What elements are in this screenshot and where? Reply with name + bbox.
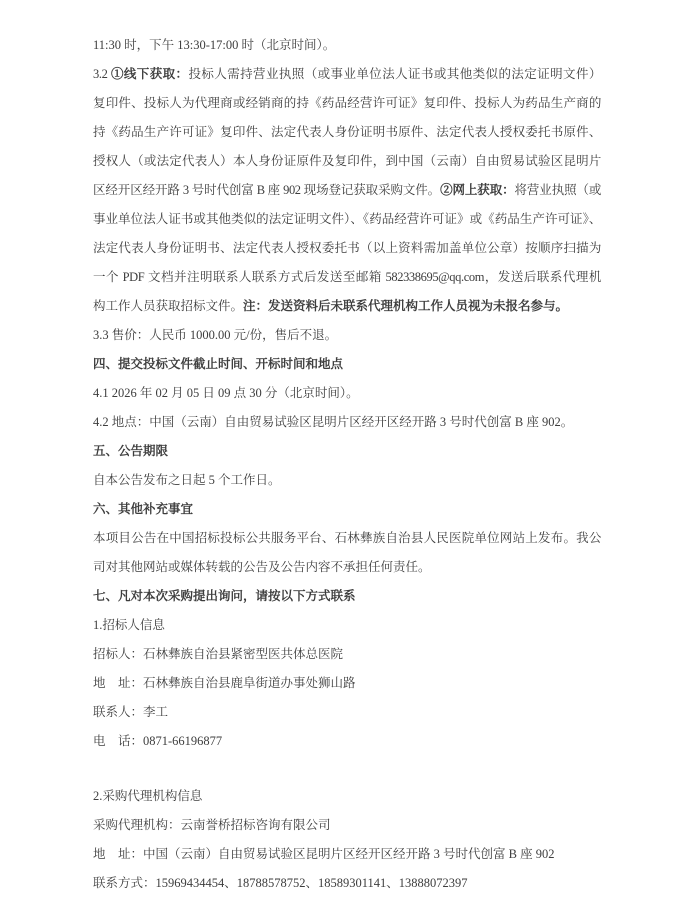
bold-text-segment: 注：发送资料后未联系代理机构工作人员视为未报名参与。 [243, 299, 568, 313]
bold-text-segment: ①线下获取： [111, 67, 189, 81]
text-line: 构工作人员获取招标文件。注：发送资料后未联系代理机构工作人员视为未报名参与。 [93, 292, 601, 321]
bold-text-segment: 六、其他补充事宜 [93, 502, 193, 516]
text-segment: 11:30 时，下午 13:30-17:00 时（北京时间）。 [93, 38, 335, 52]
text-line: 六、其他补充事宜 [93, 495, 601, 524]
text-segment: 本项目公告在中国招标投标公共服务平台、石林彝族自治县人民医院单位网站上发布。我公 [93, 531, 601, 545]
text-line: 司对其他网站或媒体转载的公告及公告内容不承担任何责任。 [93, 553, 601, 582]
bold-text-segment: 五、公告期限 [93, 444, 168, 458]
text-segment: 投标人需持营业执照（或事业单位法人证书或其他类似的法定证明文件） [188, 67, 601, 81]
text-segment: 区经开区经开路 3 号时代创富 B 座 902 现场登记获取采购文件。 [93, 183, 440, 197]
document-body: 11:30 时，下午 13:30-17:00 时（北京时间）。3.2 ①线下获取… [93, 31, 601, 898]
text-segment: 构工作人员获取招标文件。 [93, 299, 243, 313]
text-line: 11:30 时，下午 13:30-17:00 时（北京时间）。 [93, 31, 601, 60]
text-segment: 将营业执照（或 [515, 183, 602, 197]
bold-text-segment: ②网上获取： [440, 183, 514, 197]
text-segment: 3.3 售价：人民币 1000.00 元/份，售后不退。 [93, 328, 337, 342]
bold-text-segment: 七、凡对本次采购提出询问，请按以下方式联系 [93, 589, 356, 603]
text-line: 1.招标人信息 [93, 611, 601, 640]
text-segment: 3.2 [93, 67, 111, 81]
text-segment: 事业单位法人证书或其他类似的法定证明文件）、《药品经营许可证》或《药品生产许可证… [93, 212, 601, 226]
text-line: 七、凡对本次采购提出询问，请按以下方式联系 [93, 582, 601, 611]
text-line: 一个 PDF 文档并注明联系人联系方式后发送至邮箱 582338695@qq.c… [93, 263, 601, 292]
text-segment: 4.2 地点：中国（云南）自由贸易试验区昆明片区经开区经开路 3 号时代创富 B… [93, 415, 573, 429]
text-segment: 自本公告发布之日起 5 个工作日。 [93, 473, 281, 487]
text-line: 电 话：0871-66196877 [93, 727, 601, 756]
text-segment: 法定代表人身份证明书、法定代表人授权委托书（以上资料需加盖单位公章）按顺序扫描为 [93, 241, 601, 255]
text-segment: 地 址：中国（云南）自由贸易试验区昆明片区经开区经开路 3 号时代创富 B 座 … [93, 847, 554, 861]
text-line: 地 址：石林彝族自治县鹿阜街道办事处狮山路 [93, 669, 601, 698]
blank-line [93, 756, 601, 782]
text-segment: 司对其他网站或媒体转载的公告及公告内容不承担任何责任。 [93, 560, 431, 574]
text-line: 4.1 2026 年 02 月 05 日 09 点 30 分（北京时间）。 [93, 379, 601, 408]
text-line: 招标人：石林彝族自治县紧密型医共体总医院 [93, 640, 601, 669]
text-line: 4.2 地点：中国（云南）自由贸易试验区昆明片区经开区经开路 3 号时代创富 B… [93, 408, 601, 437]
bold-text-segment: 四、提交投标文件截止时间、开标时间和地点 [93, 357, 343, 371]
text-segment: 复印件、投标人为代理商或经销商的持《药品经营许可证》复印件、投标人为药品生产商的 [93, 96, 601, 110]
text-line: 法定代表人身份证明书、法定代表人授权委托书（以上资料需加盖单位公章）按顺序扫描为 [93, 234, 601, 263]
text-line: 自本公告发布之日起 5 个工作日。 [93, 466, 601, 495]
text-line: 事业单位法人证书或其他类似的法定证明文件）、《药品经营许可证》或《药品生产许可证… [93, 205, 601, 234]
text-segment: 1.招标人信息 [93, 618, 165, 632]
text-segment: 联系方式：15969434454、18788578752、18589301141… [93, 876, 468, 890]
text-segment: 电 话：0871-66196877 [93, 734, 222, 748]
text-line: 持《药品生产许可证》复印件、法定代表人身份证明书原件、法定代表人授权委托书原件、 [93, 118, 601, 147]
text-segment: 4.1 2026 年 02 月 05 日 09 点 30 分（北京时间）。 [93, 386, 359, 400]
text-line: 区经开区经开路 3 号时代创富 B 座 902 现场登记获取采购文件。②网上获取… [93, 176, 601, 205]
text-line: 本项目公告在中国招标投标公共服务平台、石林彝族自治县人民医院单位网站上发布。我公 [93, 524, 601, 553]
text-segment: 招标人：石林彝族自治县紧密型医共体总医院 [93, 647, 343, 661]
text-line: 2.采购代理机构信息 [93, 782, 601, 811]
text-line: 采购代理机构：云南誉桥招标咨询有限公司 [93, 811, 601, 840]
text-line: 联系人：李工 [93, 698, 601, 727]
text-segment: 一个 PDF 文档并注明联系人联系方式后发送至邮箱 582338695@qq.c… [93, 270, 601, 284]
text-line: 授权人（或法定代表人）本人身份证原件及复印件，到中国（云南）自由贸易试验区昆明片 [93, 147, 601, 176]
text-segment: 2.采购代理机构信息 [93, 789, 202, 803]
text-line: 复印件、投标人为代理商或经销商的持《药品经营许可证》复印件、投标人为药品生产商的 [93, 89, 601, 118]
text-line: 地 址：中国（云南）自由贸易试验区昆明片区经开区经开路 3 号时代创富 B 座 … [93, 840, 601, 869]
text-line: 四、提交投标文件截止时间、开标时间和地点 [93, 350, 601, 379]
text-segment: 地 址：石林彝族自治县鹿阜街道办事处狮山路 [93, 676, 356, 690]
text-line: 3.2 ①线下获取：投标人需持营业执照（或事业单位法人证书或其他类似的法定证明文… [93, 60, 601, 89]
document-page: 11:30 时，下午 13:30-17:00 时（北京时间）。3.2 ①线下获取… [0, 0, 688, 913]
text-line: 联系方式：15969434454、18788578752、18589301141… [93, 869, 601, 898]
text-line: 五、公告期限 [93, 437, 601, 466]
text-line: 3.3 售价：人民币 1000.00 元/份，售后不退。 [93, 321, 601, 350]
text-segment: 持《药品生产许可证》复印件、法定代表人身份证明书原件、法定代表人授权委托书原件、 [93, 125, 601, 139]
text-segment: 授权人（或法定代表人）本人身份证原件及复印件，到中国（云南）自由贸易试验区昆明片 [93, 154, 601, 168]
text-segment: 采购代理机构：云南誉桥招标咨询有限公司 [93, 818, 331, 832]
text-segment: 联系人：李工 [93, 705, 168, 719]
